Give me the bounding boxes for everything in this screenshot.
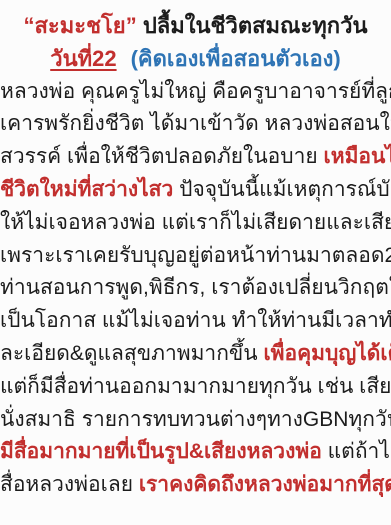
document-page: “สะมะชโย” ปลื้มในชีวิตสมณะทุกวันวันที่22…	[0, 0, 391, 525]
text-line: ละเอียด&ดูแลสุขภาพมากขึ้น เพื่อคุมบุญได้…	[0, 338, 391, 371]
text-segment-black: สื่อหลวงพ่อเลย	[0, 473, 139, 496]
text-segment-black: ละเอียด&ดูแลสุขภาพมากขึ้น	[0, 342, 263, 365]
text-segment-red: เราคงคิดถึงหลวงพ่อมากที่สุด	[139, 473, 391, 496]
text-line: ท่านสอนการพูด,พิธีกร, เราต้องเปลี่ยนวิกฤ…	[0, 272, 391, 305]
text-line: มีสื่อมากมายที่เป็นรูป&เสียงหลวงพ่อ แต่ถ…	[0, 436, 391, 469]
subtitle-line: วันที่22(คิดเองเพื่อสอนตัวเอง)	[0, 43, 391, 76]
text-segment-black: ปลื้มในชีวิตสมณะทุกวัน	[137, 13, 368, 38]
text-segment-red: เหมือนได้	[324, 145, 391, 168]
text-line: เพราะเราเคยรับบุญอยู่ต่อหน้าท่านมาตลอด20…	[0, 240, 391, 273]
text-segment-black: แต่ก็มีสื่อท่านออกมามากมายทุกวัน เช่น เส…	[0, 375, 391, 398]
text-segment-red: มีสื่อมากมายที่เป็นรูป&เสียงหลวงพ่อ	[0, 440, 322, 463]
title-line: “สะมะชโย” ปลื้มในชีวิตสมณะทุกวัน	[0, 10, 391, 43]
text-segment-red: เพื่อคุมบุญได้เต็มที่	[263, 342, 391, 365]
text-segment-red: “สะมะชโย”	[24, 13, 137, 38]
text-line: แต่ก็มีสื่อท่านออกมามากมายทุกวัน เช่น เส…	[0, 371, 391, 404]
text-segment-black: เป็นโอกาส แม้ไม่เจอท่าน ทำให้ท่านมีเวลาท…	[0, 309, 391, 332]
text-segment-black: เคารพรักยิ่งชีวิต ได้มาเข้าวัด หลวงพ่อสอ…	[0, 112, 391, 135]
text-segment-black: สวรรค์ เพื่อให้ชีวิตปลอดภัยในอบาย	[0, 145, 324, 168]
text-line: สวรรค์ เพื่อให้ชีวิตปลอดภัยในอบาย เหมือน…	[0, 141, 391, 174]
text-segment-red: ชีวิตใหม่ที่สว่างไสว	[0, 178, 173, 201]
text-line: นั่งสมาธิ รายการทบทวนต่างๆทางGBNทุกวัน&	[0, 404, 391, 437]
text-line: หลวงพ่อ คุณครูไม่ใหญ่ คือครูบาอาจารย์ที่…	[0, 76, 391, 109]
text-segment-red-underline: วันที่22	[50, 46, 116, 71]
text-body: “สะมะชโย” ปลื้มในชีวิตสมณะทุกวันวันที่22…	[0, 10, 391, 502]
text-line: เคารพรักยิ่งชีวิต ได้มาเข้าวัด หลวงพ่อสอ…	[0, 108, 391, 141]
text-segment-black: หลวงพ่อ คุณครูไม่ใหญ่ คือครูบาอาจารย์ที่…	[0, 80, 391, 103]
text-segment-black: เพราะเราเคยรับบุญอยู่ต่อหน้าท่านมาตลอด20…	[0, 244, 391, 267]
text-line: ให้ไม่เจอหลวงพ่อ แต่เราก็ไม่เสียดายและเส…	[0, 207, 391, 240]
text-segment-black: ปัจจุบันนี้แม้เหตุการณ์บังคับ	[173, 178, 391, 201]
text-line: ชีวิตใหม่ที่สว่างไสว ปัจจุบันนี้แม้เหตุก…	[0, 174, 391, 207]
text-line: เป็นโอกาส แม้ไม่เจอท่าน ทำให้ท่านมีเวลาท…	[0, 305, 391, 338]
text-segment-black: ให้ไม่เจอหลวงพ่อ แต่เราก็ไม่เสียดายและเส…	[0, 211, 391, 234]
text-line: สื่อหลวงพ่อเลย เราคงคิดถึงหลวงพ่อมากที่ส…	[0, 469, 391, 502]
text-segment-blue: (คิดเองเพื่อสอนตัวเอง)	[131, 46, 341, 71]
text-segment-black: นั่งสมาธิ รายการทบทวนต่างๆทางGBNทุกวัน&	[0, 408, 391, 431]
text-segment-black: แต่ถ้าไม่มี	[322, 440, 391, 463]
text-segment-black: ท่านสอนการพูด,พิธีกร, เราต้องเปลี่ยนวิกฤ…	[0, 276, 391, 299]
